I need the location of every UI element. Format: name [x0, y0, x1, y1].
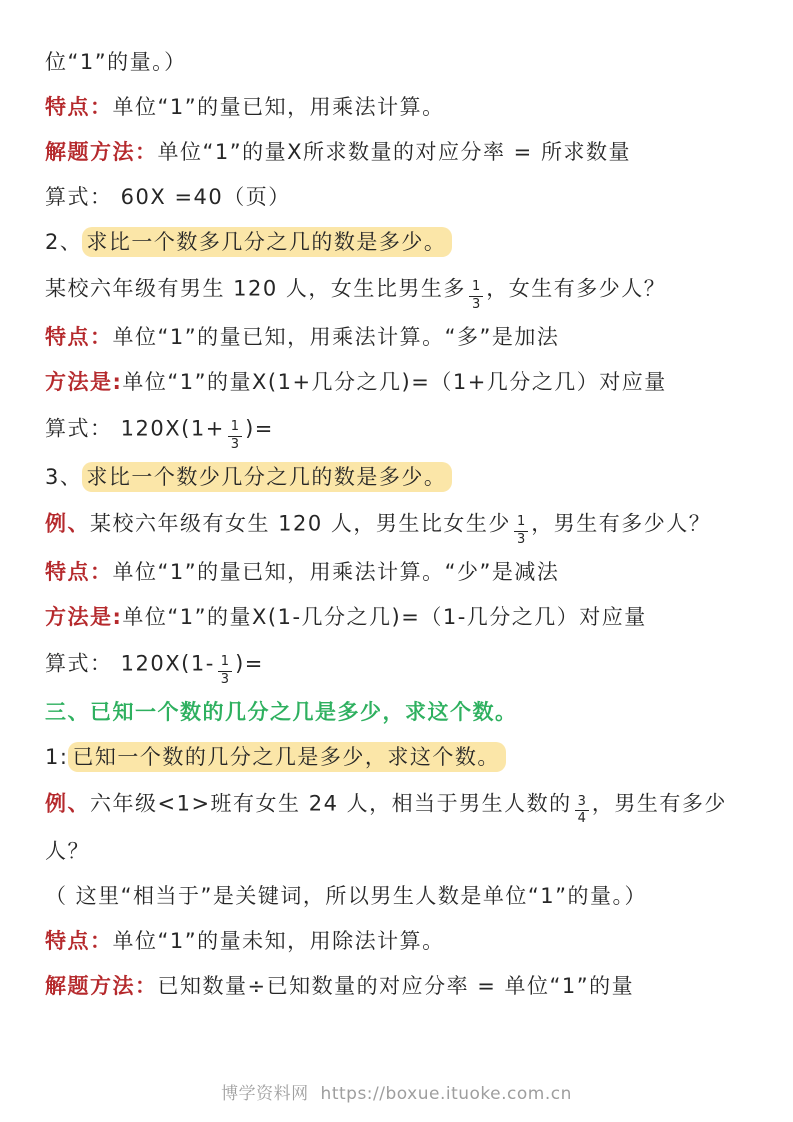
text-segment: 某校六年级有女生 120 人，男生比女生少: [90, 511, 511, 535]
text-segment: ，男生有多少: [592, 791, 727, 815]
text-line: 人？: [45, 837, 755, 865]
text-segment: 六年级<1>班有女生 24 人，相当于男生人数的: [90, 791, 572, 815]
text-segment: 单位“1”的量已知，用乘法计算。“少”是减法: [113, 560, 560, 584]
fraction-numerator: 1: [228, 420, 242, 437]
text-line: 方法是:单位“1”的量X(1-几分之几)=（1-几分之几）对应量: [45, 603, 755, 631]
text-segment: )=: [235, 651, 264, 675]
text-segment: 例、: [45, 511, 90, 535]
text-segment: ，女生有多少人？: [486, 276, 666, 300]
text-line: 特点：单位“1”的量已知，用乘法计算。“少”是减法: [45, 558, 755, 586]
footer-site-name: 博学资料网: [221, 1084, 309, 1104]
text-segment: 方法是:: [45, 370, 122, 394]
document-lines: 位“1”的量。）特点：单位“1”的量已知，用乘法计算。解题方法：单位“1”的量X…: [0, 0, 793, 1000]
text-segment: 特点：: [45, 929, 113, 953]
text-segment: 特点：: [45, 95, 113, 119]
text-segment: 解题方法：: [45, 140, 158, 164]
fraction-numerator: 1: [469, 280, 483, 297]
text-segment: 算式： 120X(1-: [45, 651, 215, 675]
fraction: 13: [514, 515, 528, 548]
fraction: 13: [469, 280, 483, 313]
text-segment: 解题方法：: [45, 974, 158, 998]
text-segment: 三、已知一个数的几分之几是多少，求这个数。: [45, 700, 518, 724]
text-segment: 特点：: [45, 560, 113, 584]
text-line: 三、已知一个数的几分之几是多少，求这个数。: [45, 698, 755, 726]
text-line: 例、六年级<1>班有女生 24 人，相当于男生人数的34，男生有多少: [45, 788, 755, 821]
text-line: 解题方法：单位“1”的量X所求数量的对应分率 = 所求数量: [45, 138, 755, 166]
text-segment: 已知一个数的几分之几是多少，求这个数。: [68, 742, 506, 772]
fraction-numerator: 1: [218, 655, 232, 672]
text-segment: 单位“1”的量未知，用除法计算。: [113, 929, 445, 953]
text-segment: 求比一个数多几分之几的数是多少。: [82, 227, 452, 257]
text-segment: 某校六年级有男生 120 人，女生比男生多: [45, 276, 466, 300]
fraction-denominator: 3: [231, 437, 239, 453]
text-segment: 单位“1”的量已知，用乘法计算。: [113, 95, 445, 119]
text-line: 2、求比一个数多几分之几的数是多少。: [45, 228, 755, 256]
text-line: 解题方法：已知数量÷已知数量的对应分率 = 单位“1”的量: [45, 972, 755, 1000]
text-segment: 单位“1”的量X所求数量的对应分率 = 所求数量: [158, 140, 631, 164]
text-line: 特点：单位“1”的量未知，用除法计算。: [45, 927, 755, 955]
text-line: （ 这里“相当于”是关键词，所以男生人数是单位“1”的量。）: [45, 882, 755, 910]
text-segment: 求比一个数少几分之几的数是多少。: [82, 462, 452, 492]
fraction-numerator: 3: [575, 795, 589, 812]
fraction-denominator: 3: [517, 532, 525, 548]
text-segment: 1:: [45, 745, 68, 769]
text-line: 算式： 120X(1-13)=: [45, 648, 755, 681]
document-page: 位“1”的量。）特点：单位“1”的量已知，用乘法计算。解题方法：单位“1”的量X…: [0, 0, 793, 1122]
text-segment: )=: [245, 416, 274, 440]
footer-url: https://boxue.ituoke.com.cn: [321, 1084, 572, 1104]
fraction: 13: [228, 420, 242, 453]
fraction: 13: [218, 655, 232, 688]
text-segment: 算式： 60X =40（页）: [45, 185, 291, 209]
fraction-denominator: 3: [221, 672, 229, 688]
text-line: 算式： 120X(1+13)=: [45, 413, 755, 446]
text-segment: 人？: [45, 839, 90, 863]
text-segment: 2、: [45, 230, 82, 254]
fraction-numerator: 1: [514, 515, 528, 532]
text-line: 算式： 60X =40（页）: [45, 183, 755, 211]
text-segment: 算式： 120X(1+: [45, 416, 225, 440]
text-segment: 单位“1”的量X(1-几分之几)=（1-几分之几）对应量: [122, 605, 646, 629]
fraction-denominator: 3: [472, 297, 480, 313]
footer-watermark: 博学资料网 https://boxue.ituoke.com.cn: [0, 1079, 793, 1104]
text-segment: ，男生有多少人？: [531, 511, 711, 535]
text-segment: 3、: [45, 465, 82, 489]
text-segment: 方法是:: [45, 605, 122, 629]
text-line: 方法是:单位“1”的量X(1+几分之几)=（1+几分之几）对应量: [45, 368, 755, 396]
fraction: 34: [575, 795, 589, 828]
text-segment: 已知数量÷已知数量的对应分率 = 单位“1”的量: [158, 974, 635, 998]
text-line: 特点：单位“1”的量已知，用乘法计算。: [45, 93, 755, 121]
text-line: 位“1”的量。）: [45, 48, 755, 76]
text-segment: （ 这里“相当于”是关键词，所以男生人数是单位“1”的量。）: [45, 884, 647, 908]
text-line: 1:已知一个数的几分之几是多少，求这个数。: [45, 743, 755, 771]
text-segment: 特点：: [45, 325, 113, 349]
text-line: 某校六年级有男生 120 人，女生比男生多13，女生有多少人？: [45, 273, 755, 306]
text-segment: 例、: [45, 791, 90, 815]
fraction-denominator: 4: [578, 811, 586, 827]
text-segment: 位“1”的量。）: [45, 50, 187, 74]
text-segment: 单位“1”的量X(1+几分之几)=（1+几分之几）对应量: [122, 370, 666, 394]
text-segment: 单位“1”的量已知，用乘法计算。“多”是加法: [113, 325, 560, 349]
text-line: 例、某校六年级有女生 120 人，男生比女生少13，男生有多少人？: [45, 508, 755, 541]
text-line: 特点：单位“1”的量已知，用乘法计算。“多”是加法: [45, 323, 755, 351]
text-line: 3、求比一个数少几分之几的数是多少。: [45, 463, 755, 491]
